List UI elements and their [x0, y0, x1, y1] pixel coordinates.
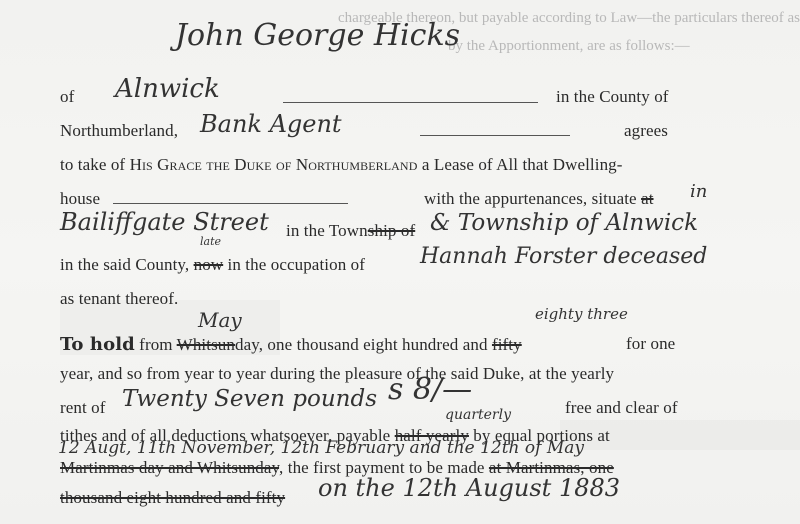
northumberland-label: Northumberland,	[60, 121, 178, 141]
occupation-value: Bank Agent	[200, 110, 342, 138]
inserted-quarterly: quarterly	[445, 407, 511, 423]
place-rule	[283, 102, 538, 103]
struck-now: now	[194, 255, 224, 274]
occupation-rule	[420, 135, 570, 136]
lease-text: a Lease of All that Dwelling-	[417, 155, 622, 174]
street-value: Bailiffgate Street	[60, 208, 269, 236]
inserted-township: & Township of Alnwick	[430, 210, 698, 236]
place-value: Alnwick	[115, 74, 220, 104]
county-line: in the said County, now in the occupatio…	[60, 255, 365, 275]
final-line: thousand eight hundred and fifty	[60, 488, 285, 508]
tenant-name: John George Hicks	[175, 18, 460, 53]
line-of: of	[60, 87, 74, 107]
struck-thousand-fifty: thousand eight hundred and fifty	[60, 488, 285, 507]
county-text: in the said County,	[60, 255, 194, 274]
tenant-thereof: as tenant thereof.	[60, 289, 178, 309]
year-line: year, and so from year to year during th…	[60, 364, 614, 384]
his-grace: His Grace the Duke of Northumberland	[130, 155, 418, 174]
from-text: from	[135, 335, 177, 354]
appurtenances-text: with the appurtenances, situate	[424, 189, 637, 208]
line-take: to take of His Grace the Duke of Northum…	[60, 155, 623, 175]
struck-at: at	[641, 189, 653, 208]
appurtenances-label: with the appurtenances, situate at	[424, 189, 654, 209]
agrees-label: agrees	[624, 121, 668, 141]
hold-line: To hold from Whitsunday, one thousand ei…	[60, 334, 522, 355]
for-one-text: for one	[626, 334, 675, 354]
occupant-name: Hannah Forster deceased	[420, 244, 707, 269]
take-text: to take of	[60, 155, 130, 174]
inserted-first-payment-date: on the 12th August 1883	[318, 474, 620, 502]
faint-header-line-2: by the Apportionment, are as follows:—	[448, 38, 690, 55]
struck-fifty: fifty	[492, 335, 522, 354]
rent-label: rent of	[60, 398, 106, 418]
struck-martinmas-whitsunday: Martinmas day and Whitsunday	[60, 458, 279, 477]
occupation-text: in the occupation of	[223, 255, 365, 274]
struck-whitsun: Whitsun	[177, 335, 235, 354]
township-line: in the Township of	[286, 221, 415, 241]
rent-amount-figure: s 8/—	[388, 372, 472, 407]
house-label: house	[60, 189, 100, 209]
free-clear-text: free and clear of	[565, 398, 678, 418]
lease-document: chargeable thereon, but payable accordin…	[0, 0, 800, 524]
inserted-late: late	[200, 235, 221, 248]
day-text: day, one thousand eight hundred and	[235, 335, 492, 354]
inserted-payment-dates: 12 Augt, 11th November, 12th February an…	[58, 438, 584, 458]
house-rule	[113, 203, 348, 204]
struck-ship-of: ship of	[368, 221, 415, 240]
of-label: of	[60, 87, 74, 106]
inserted-eighty-three: eighty three	[535, 305, 628, 323]
town-text: in the Town	[286, 221, 368, 240]
rent-amount-words: Twenty Seven pounds	[122, 386, 377, 412]
county-of-label: in the County of	[556, 87, 669, 107]
to-hold-label: To hold	[60, 334, 135, 355]
inserted-in: in	[690, 181, 707, 202]
inserted-may: May	[198, 308, 242, 332]
